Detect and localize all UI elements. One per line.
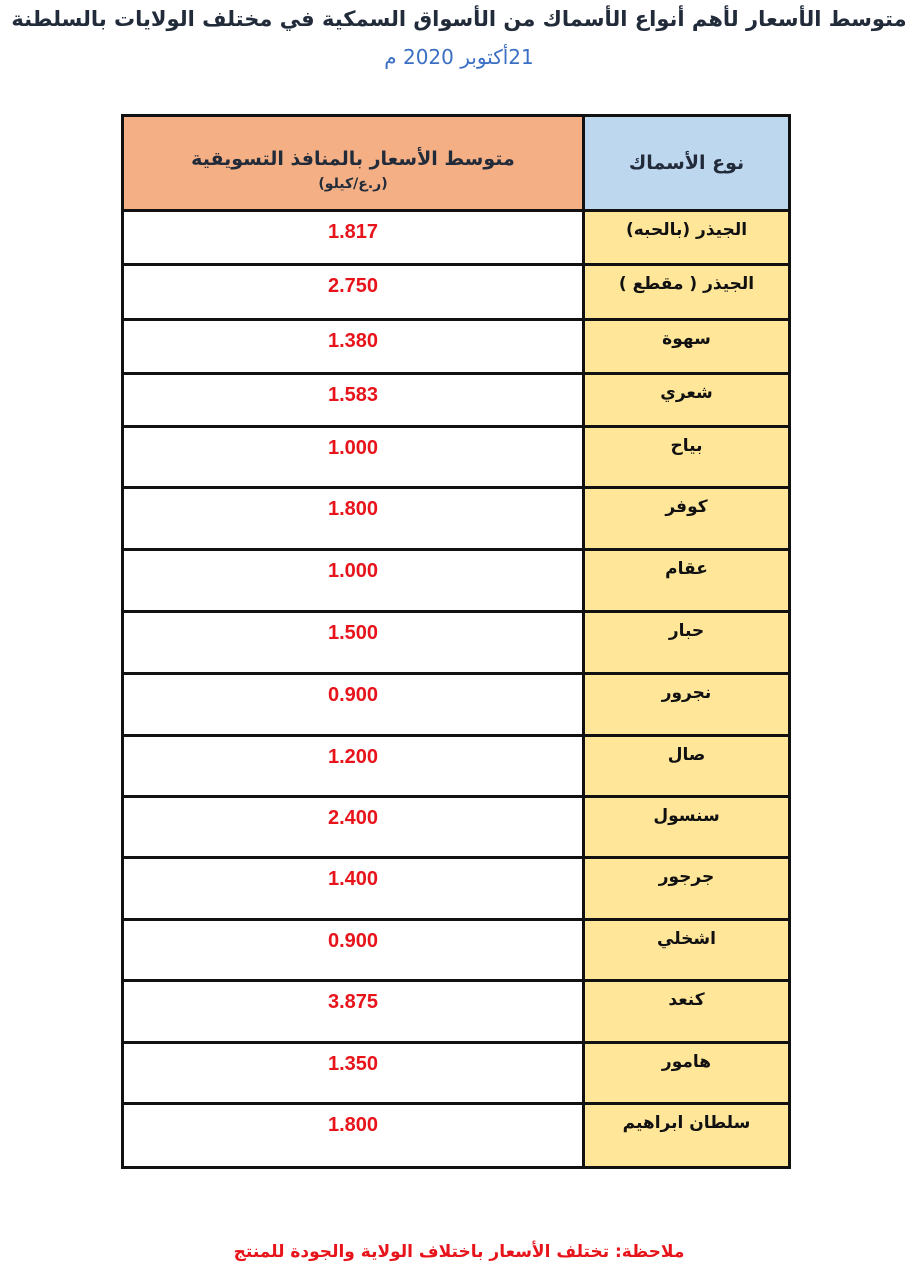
- fish-name-cell: صال: [584, 736, 790, 797]
- table-row: 0.900نجرور: [123, 674, 790, 736]
- price-cell: 1.800: [123, 1104, 584, 1168]
- table-header-row: متوسط الأسعار بالمنافذ التسويقية (ر.ع/كي…: [123, 116, 790, 211]
- table-row: 0.900اشخلي: [123, 920, 790, 981]
- fish-name-cell: كوفر: [584, 488, 790, 550]
- price-cell: 1.400: [123, 858, 584, 920]
- price-unit-label: (ر.ع/كيلو): [124, 173, 582, 195]
- table-row: 2.400سنسول: [123, 797, 790, 858]
- table-row: 1.350هامور: [123, 1043, 790, 1104]
- fish-name-cell: الجيذر ( مقطع ): [584, 265, 790, 320]
- table-row: 1.000عقام: [123, 550, 790, 612]
- price-cell: 1.350: [123, 1043, 584, 1104]
- price-cell: 1.500: [123, 612, 584, 674]
- fish-name-cell: شعري: [584, 374, 790, 427]
- price-cell: 2.400: [123, 797, 584, 858]
- price-cell: 1.817: [123, 211, 584, 265]
- price-cell: 1.000: [123, 427, 584, 488]
- price-cell: 1.200: [123, 736, 584, 797]
- table-row: 1.200صال: [123, 736, 790, 797]
- fish-price-table: متوسط الأسعار بالمنافذ التسويقية (ر.ع/كي…: [121, 114, 791, 1169]
- fish-name-cell: كنعد: [584, 981, 790, 1043]
- price-cell: 1.000: [123, 550, 584, 612]
- table-body: 1.817الجيذر (بالحبه)2.750الجيذر ( مقطع )…: [123, 211, 790, 1168]
- price-cell: 3.875: [123, 981, 584, 1043]
- table-row: 1.500حبار: [123, 612, 790, 674]
- table-row: 1.817الجيذر (بالحبه): [123, 211, 790, 265]
- price-cell: 1.380: [123, 320, 584, 374]
- fish-name-cell: نجرور: [584, 674, 790, 736]
- fish-name-cell: هامور: [584, 1043, 790, 1104]
- fish-name-cell: سلطان ابراهيم: [584, 1104, 790, 1168]
- table-row: 1.800كوفر: [123, 488, 790, 550]
- fish-name-cell: جرجور: [584, 858, 790, 920]
- fish-name-cell: اشخلي: [584, 920, 790, 981]
- fish-name-cell: الجيذر (بالحبه): [584, 211, 790, 265]
- report-date: 21أكتوبر 2020 م: [0, 42, 918, 72]
- price-cell: 0.900: [123, 674, 584, 736]
- column-header-fish-type: نوع الأسماك: [584, 116, 790, 211]
- table-row: 1.380سهوة: [123, 320, 790, 374]
- average-price-header-label: متوسط الأسعار بالمنافذ التسويقية: [124, 145, 582, 173]
- fish-name-cell: سهوة: [584, 320, 790, 374]
- table-row: 1.583شعري: [123, 374, 790, 427]
- price-cell: 1.583: [123, 374, 584, 427]
- fish-name-cell: حبار: [584, 612, 790, 674]
- fish-name-cell: بياح: [584, 427, 790, 488]
- price-cell: 2.750: [123, 265, 584, 320]
- table-row: 2.750الجيذر ( مقطع ): [123, 265, 790, 320]
- table-row: 1.800سلطان ابراهيم: [123, 1104, 790, 1168]
- table-row: 3.875كنعد: [123, 981, 790, 1043]
- fish-name-cell: سنسول: [584, 797, 790, 858]
- price-cell: 1.800: [123, 488, 584, 550]
- table-row: 1.400جرجور: [123, 858, 790, 920]
- page-title: متوسط الأسعار لأهم أنواع الأسماك من الأس…: [0, 4, 918, 34]
- column-header-average-price: متوسط الأسعار بالمنافذ التسويقية (ر.ع/كي…: [123, 116, 584, 211]
- fish-name-cell: عقام: [584, 550, 790, 612]
- footer-note: ملاحظة: تختلف الأسعار باختلاف الولاية وا…: [0, 1238, 918, 1266]
- price-cell: 0.900: [123, 920, 584, 981]
- table-row: 1.000بياح: [123, 427, 790, 488]
